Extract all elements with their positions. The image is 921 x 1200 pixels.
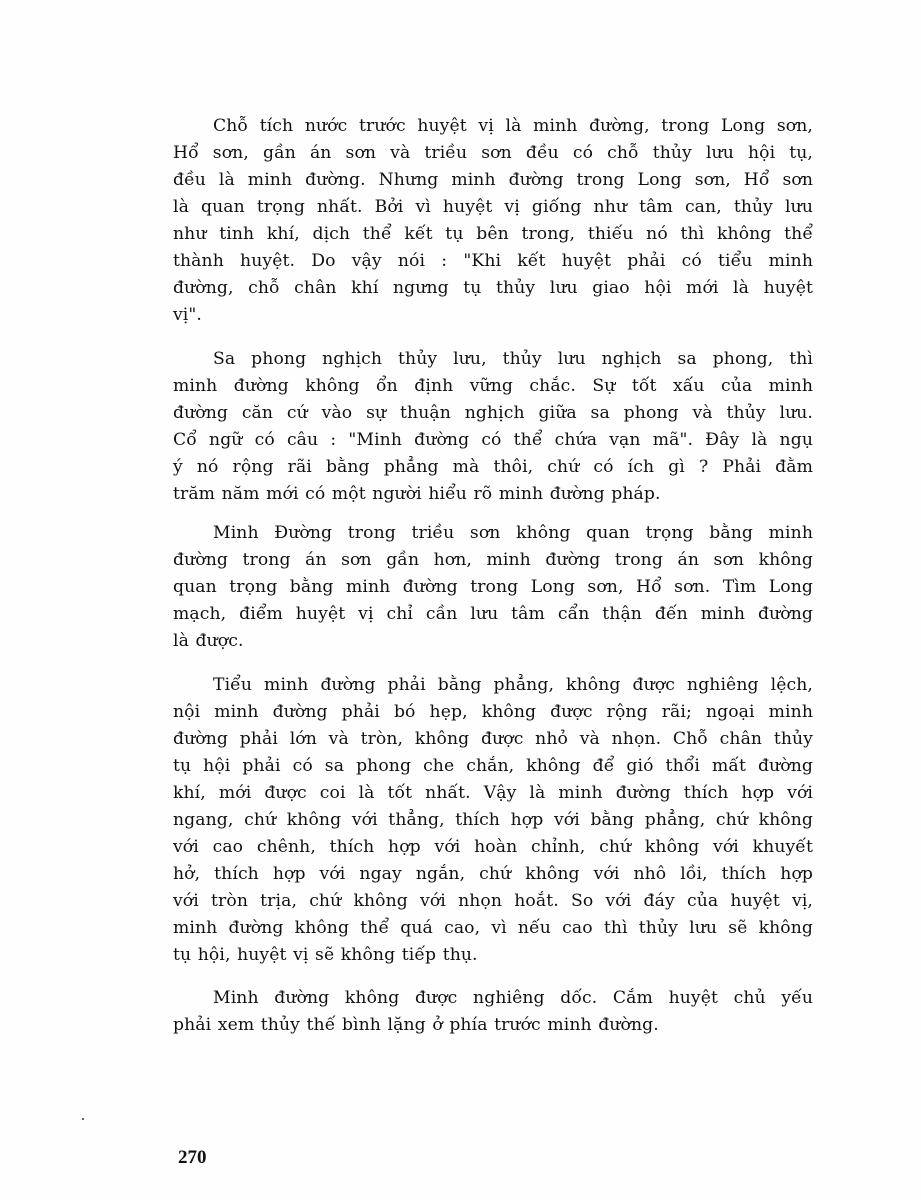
paragraph-3: Minh Đường trong triều sơn không quan tr… <box>173 520 813 655</box>
text-line: với tròn trịa, chứ không với nhọn hoắt. … <box>173 888 813 915</box>
text-line: thành huyệt. Do vậy nói : "Khi kết huyệt… <box>173 248 813 275</box>
book-page: Chỗ tích nước trước huyệt vị là minh đườ… <box>0 0 921 1200</box>
text-line: vị". <box>173 302 813 329</box>
paragraph-1: Chỗ tích nước trước huyệt vị là minh đườ… <box>173 113 813 329</box>
text-line: minh đường không ổn định vững chắc. Sự t… <box>173 373 813 400</box>
text-line: trăm năm mới có một người hiểu rõ minh đ… <box>173 481 813 508</box>
text-line: mạch, điểm huyệt vị chỉ cần lưu tâm cẩn … <box>173 601 813 628</box>
text-line: nội minh đường phải bó hẹp, không được r… <box>173 699 813 726</box>
text-line: hở, thích hợp với ngay ngắn, chứ không v… <box>173 861 813 888</box>
scan-speck <box>82 1118 84 1120</box>
text-line: đều là minh đường. Nhưng minh đường tron… <box>173 167 813 194</box>
text-line: đường căn cứ vào sự thuận nghịch giữa sa… <box>173 400 813 427</box>
text-line: đường trong án sơn gần hơn, minh đường t… <box>173 547 813 574</box>
text-line: ngang, chứ không với thẳng, thích hợp vớ… <box>173 807 813 834</box>
text-line: là được. <box>173 628 813 655</box>
text-line: là quan trọng nhất. Bởi vì huyệt vị giốn… <box>173 194 813 221</box>
text-line: minh đường không thể quá cao, vì nếu cao… <box>173 915 813 942</box>
text-line: Cổ ngữ có câu : "Minh đường có thể chứa … <box>173 427 813 454</box>
text-line: Minh Đường trong triều sơn không quan tr… <box>173 520 813 547</box>
text-line: Hổ sơn, gần án sơn và triều sơn đều có c… <box>173 140 813 167</box>
text-line: như tinh khí, dịch thể kết tụ bên trong,… <box>173 221 813 248</box>
text-line: quan trọng bằng minh đường trong Long sơ… <box>173 574 813 601</box>
text-line: Chỗ tích nước trước huyệt vị là minh đườ… <box>173 113 813 140</box>
paragraph-2: Sa phong nghịch thủy lưu, thủy lưu nghịc… <box>173 346 813 508</box>
page-number: 270 <box>178 1147 207 1169</box>
paragraph-4: Tiểu minh đường phải bằng phẳng, không đ… <box>173 672 813 969</box>
text-line: ý nó rộng rãi bằng phẳng mà thôi, chứ có… <box>173 454 813 481</box>
text-line: đường phải lớn và tròn, không được nhỏ v… <box>173 726 813 753</box>
text-line: Sa phong nghịch thủy lưu, thủy lưu nghịc… <box>173 346 813 373</box>
text-line: với cao chênh, thích hợp với hoàn chỉnh,… <box>173 834 813 861</box>
text-line: tụ hội, huyệt vị sẽ không tiếp thụ. <box>173 942 813 969</box>
text-line: tụ hội phải có sa phong che chắn, không … <box>173 753 813 780</box>
text-line: đường, chỗ chân khí ngưng tụ thủy lưu gi… <box>173 275 813 302</box>
paragraph-5: Minh đường không được nghiêng dốc. Cắm h… <box>173 985 813 1039</box>
text-line: Tiểu minh đường phải bằng phẳng, không đ… <box>173 672 813 699</box>
text-line: Minh đường không được nghiêng dốc. Cắm h… <box>173 985 813 1012</box>
text-line: khí, mới được coi là tốt nhất. Vậy là mi… <box>173 780 813 807</box>
text-line: phải xem thủy thế bình lặng ở phía trước… <box>173 1012 813 1039</box>
